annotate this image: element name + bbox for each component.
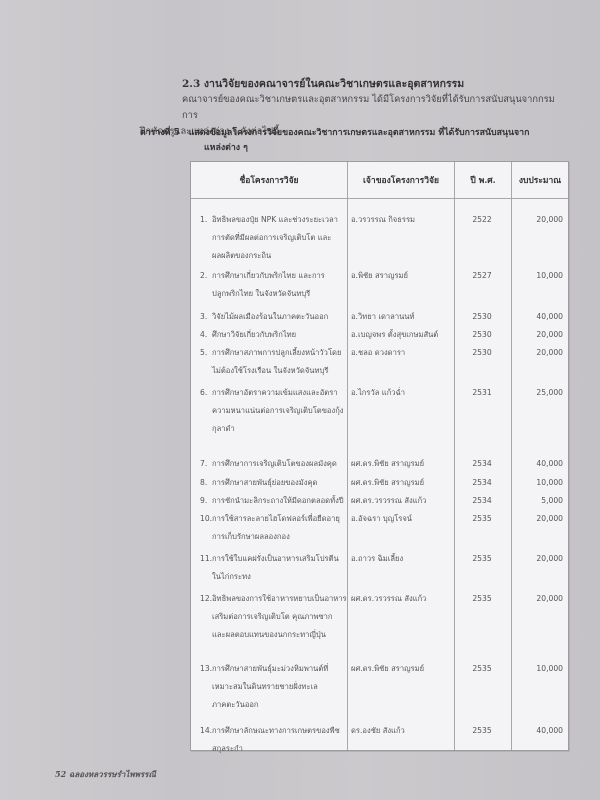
project-owner: อ.วิทยา เดาลานนท์ xyxy=(351,308,455,326)
project-year: 2530 xyxy=(454,344,510,362)
project-year: 2531 xyxy=(454,384,510,402)
project-owner: อ.ถาวร ฉิมเลี้ยง xyxy=(351,550,455,568)
project-title-line: การเก็บรักษาผลลองกอง xyxy=(200,528,348,546)
row-number: 12. xyxy=(200,590,212,608)
row-number: 8. xyxy=(200,474,212,492)
project-title: 2.การศึกษาเกี่ยวกับพริกไทย และการปลูกพริ… xyxy=(200,267,348,303)
project-budget: 40,000 xyxy=(511,308,563,326)
project-title-line: การศึกษาลักษณะทางการเกษตรของพืช xyxy=(212,726,340,735)
project-title: 12.อิทธิพลของการใช้อาหารหยาบเป็นอาหารเสร… xyxy=(200,590,348,644)
project-year: 2527 xyxy=(454,267,510,285)
project-year: 2534 xyxy=(454,492,510,510)
project-title-line: การใช้ใบแคฝรั่งเป็นอาหารเสริมโปรตีน xyxy=(212,554,339,563)
project-budget: 20,000 xyxy=(511,590,563,608)
project-budget: 20,000 xyxy=(511,550,563,568)
project-title-line: ไม่ต้องใช้โรงเรือน ในจังหวัดจันทบุรี xyxy=(200,362,348,380)
project-title-line: อิทธิพลของการใช้อาหารหยาบเป็นอาหาร xyxy=(212,594,347,603)
project-owner: ผศ.ดร.พิชัย สราญรมย์ xyxy=(351,455,455,473)
project-title: 3.วิจัยไม้ผลเมืองร้อนในภาคตะวันออก xyxy=(200,308,348,326)
project-budget: 20,000 xyxy=(511,344,563,362)
project-title-line: การศึกษาสายพันธุ์มะม่วงหิมพานต์ที่ xyxy=(212,664,328,673)
row-number: 14. xyxy=(200,722,212,740)
project-budget: 10,000 xyxy=(511,660,563,678)
row-number: 9. xyxy=(200,492,212,510)
project-title-line: การชักนำมะลิกระถางให้มีดอกตลอดทั้งปี xyxy=(212,496,344,505)
row-number: 7. xyxy=(200,455,212,473)
row-number: 4. xyxy=(200,326,212,344)
project-title-line: การใช้สารละลายไฮโดฟลอร์เพื่อยืดอายุ xyxy=(212,514,340,523)
project-budget: 10,000 xyxy=(511,474,563,492)
project-title-line: การศึกษาเกี่ยวกับพริกไทย และการ xyxy=(212,271,325,280)
project-title-line: การศึกษาการเจริญเติบโตของผลมังคุด xyxy=(212,459,337,468)
row-number: 11. xyxy=(200,550,212,568)
project-budget: 20,000 xyxy=(511,326,563,344)
table-caption-label: ตารางที่ 5 xyxy=(140,128,180,138)
project-owner: ผศ.ดร.วรวรรณ สังแก้ว xyxy=(351,492,455,510)
intro-line-1: คณาจารย์ของคณะวิชาเกษตรและอุตสาหกรรม ได้… xyxy=(140,92,570,124)
project-budget: 25,000 xyxy=(511,384,563,402)
project-owner: อ.อัจฉรา บุญโรจน์ xyxy=(351,510,455,528)
project-owner: อ.พิชัย สราญรมย์ xyxy=(351,267,455,285)
row-number: 5. xyxy=(200,344,212,362)
header-project-name: ชื่อโครงการวิจัย xyxy=(191,162,347,198)
project-owner: อ.เบญจพร ตั้งสุขเกษมสันต์ xyxy=(351,326,455,344)
project-budget: 20,000 xyxy=(511,510,563,528)
project-owner: ผศ.ดร.วรวรรณ สังแก้ว xyxy=(351,590,455,608)
project-year: 2535 xyxy=(454,590,510,608)
project-title-line: ในไก่กระทง xyxy=(200,568,348,586)
project-year: 2530 xyxy=(454,326,510,344)
project-title-line: ปลูกพริกไทย ในจังหวัดจันทบุรี xyxy=(200,285,348,303)
project-budget: 10,000 xyxy=(511,267,563,285)
project-owner: อ.ชลอ ดวงดารา xyxy=(351,344,455,362)
project-year: 2522 xyxy=(454,211,510,229)
project-title-line: การศึกษาสภาพการปลูกเลี้ยงหน้าวัวโดย xyxy=(212,348,341,357)
project-title-line: การศึกษาสายพันธุ์ย่อยของมังคุด xyxy=(212,478,317,487)
project-title-line: เหมาะสมในดินทรายชายฝั่งทะเล xyxy=(200,678,348,696)
project-year: 2535 xyxy=(454,722,510,740)
project-title: 13.การศึกษาสายพันธุ์มะม่วงหิมพานต์ที่เหม… xyxy=(200,660,348,714)
project-title-line: อิทธิพลของปุ๋ย NPK และช่วงระยะเวลา xyxy=(212,215,338,224)
project-title-line: การศึกษาอัตราความเข้มแสงและอัตรา xyxy=(212,388,338,397)
project-title-line: การตัดที่มีผลต่อการเจริญเติบโต และ xyxy=(200,229,348,247)
project-budget: 5,000 xyxy=(511,492,563,510)
header-project-owner: เจ้าของโครงการวิจัย xyxy=(348,162,454,198)
project-budget: 20,000 xyxy=(511,211,563,229)
project-owner: ผศ.ดร.พิชัย สราญรมย์ xyxy=(351,474,455,492)
row-number: 6. xyxy=(200,384,212,402)
page-footer: 52 ฉลองหลวรรษรำไพพรรณี xyxy=(55,768,156,781)
project-owner: อ.ไกรวัล แก้วฉ่ำ xyxy=(351,384,455,402)
project-title-line: ศึกษาวิจัยเกี่ยวกับพริกไทย xyxy=(212,330,296,339)
project-title-line: เสริมต่อการเจริญเติบโต คุณภาพซาก xyxy=(200,608,348,626)
project-title-line: และผลตอบแทนของนกกระทาญี่ปุ่น xyxy=(200,626,348,644)
project-year: 2534 xyxy=(454,455,510,473)
project-title: 4.ศึกษาวิจัยเกี่ยวกับพริกไทย xyxy=(200,326,348,344)
table-caption: ตารางที่ 5 แสดงข้อมูลโครงการวิจัยของคณะว… xyxy=(140,126,570,156)
row-number: 3. xyxy=(200,308,212,326)
project-title-line: สกุลระกำ xyxy=(200,740,348,758)
project-owner: ผศ.ดร.พิชัย สราญรมย์ xyxy=(351,660,455,678)
row-number: 10. xyxy=(200,510,212,528)
project-owner: ดร.องชัย สังแก้ว xyxy=(351,722,455,740)
project-title-line: กุลาดำ xyxy=(200,420,348,438)
project-year: 2530 xyxy=(454,308,510,326)
header-year: ปี พ.ศ. xyxy=(455,162,511,198)
section-heading: 2.3 งานวิจัยของคณาจารย์ในคณะวิชาเกษตรและ… xyxy=(182,75,464,92)
project-year: 2535 xyxy=(454,510,510,528)
project-title: 8.การศึกษาสายพันธุ์ย่อยของมังคุด xyxy=(200,474,348,492)
project-title: 9.การชักนำมะลิกระถางให้มีดอกตลอดทั้งปี xyxy=(200,492,348,510)
project-year: 2535 xyxy=(454,550,510,568)
project-title: 7.การศึกษาการเจริญเติบโตของผลมังคุด xyxy=(200,455,348,473)
row-number: 1. xyxy=(200,211,212,229)
project-title-line: ความหนาแน่นต่อการเจริญเติบโตของกุ้ง xyxy=(200,402,348,420)
project-owner: อ.วรวรรณ กิจธรรม xyxy=(351,211,455,229)
table-caption-text-cont: แหล่งต่าง ๆ xyxy=(140,141,570,156)
project-title: 6.การศึกษาอัตราความเข้มแสงและอัตราความหน… xyxy=(200,384,348,438)
row-number: 13. xyxy=(200,660,212,678)
research-table: ชื่อโครงการวิจัย เจ้าของโครงการวิจัย ปี … xyxy=(190,161,569,751)
project-title: 11.การใช้ใบแคฝรั่งเป็นอาหารเสริมโปรตีนใน… xyxy=(200,550,348,586)
project-title-line: ภาคตะวันออก xyxy=(200,696,348,714)
project-title-line: ผลผลิตของกระถิน xyxy=(200,247,348,265)
project-year: 2535 xyxy=(454,660,510,678)
project-title: 1.อิทธิพลของปุ๋ย NPK และช่วงระยะเวลาการต… xyxy=(200,211,348,265)
project-year: 2534 xyxy=(454,474,510,492)
project-title: 10.การใช้สารละลายไฮโดฟลอร์เพื่อยืดอายุกา… xyxy=(200,510,348,546)
project-title-line: วิจัยไม้ผลเมืองร้อนในภาคตะวันออก xyxy=(212,312,328,321)
project-budget: 40,000 xyxy=(511,455,563,473)
table-caption-text: แสดงข้อมูลโครงการวิจัยของคณะวิชาการเกษตร… xyxy=(189,128,530,138)
project-title: 5.การศึกษาสภาพการปลูกเลี้ยงหน้าวัวโดยไม่… xyxy=(200,344,348,380)
project-title: 14.การศึกษาลักษณะทางการเกษตรของพืชสกุลระ… xyxy=(200,722,348,758)
header-divider xyxy=(191,198,568,199)
header-budget: งบประมาณ xyxy=(512,162,568,198)
row-number: 2. xyxy=(200,267,212,285)
project-budget: 40,000 xyxy=(511,722,563,740)
